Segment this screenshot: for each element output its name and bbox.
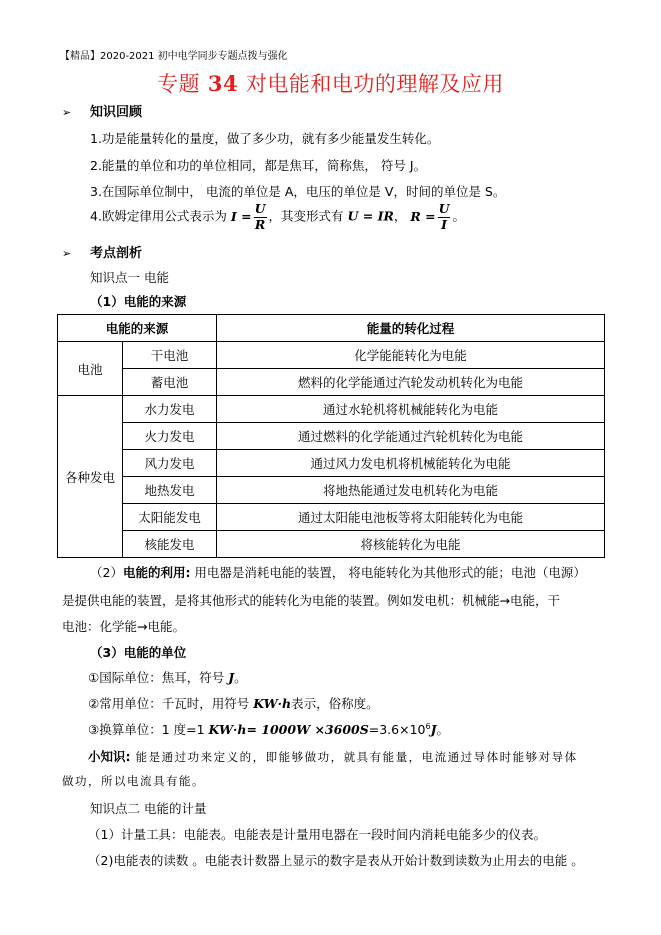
review-item-1: 1.功是能量转化的量度，做了多少功，就有多少能量发生转化。 [90, 129, 439, 147]
arrow-bullet-icon: ➢ [62, 106, 90, 119]
section-heading-review: ➢知识回顾 [62, 101, 142, 120]
review-item-3: 3.在国际单位制中， 电流的单位是 A，电压的单位是 V，时间的单位是 S。 [90, 182, 505, 200]
source-cell: 核能发电 [123, 531, 217, 558]
process-cell: 通过燃料的化学能通过汽轮机转化为电能 [217, 423, 605, 450]
source-cell: 水力发电 [123, 396, 217, 423]
energy-use-line-3: 电池：化学能→电能。 [62, 617, 185, 635]
unit-common: ②常用单位：千瓦时，用符号 KW·h表示，俗称度。 [88, 694, 379, 712]
energy-source-table: 电能的来源 能量的转化过程 电池 干电池 化学能能转化为电能 蓄电池 燃料的化学… [57, 314, 605, 558]
process-cell: 化学能能转化为电能 [217, 342, 605, 369]
header-note: 【精品】2020-2021 初中电学同步专题点拨与强化 [60, 47, 288, 62]
review-item-2: 2.能量的单位和功的单位相同，都是焦耳，简称焦， 符号 J。 [90, 156, 426, 174]
table-row: 电池 干电池 化学能能转化为电能 [58, 342, 605, 369]
table-header: 电能的来源 [58, 315, 217, 342]
energy-use-line-1: （2）电能的利用: 用电器是消耗电能的装置， 将电能转化为其他形式的能；电池（电… [90, 563, 586, 581]
table-row: 太阳能发电 通过太阳能电池板等将太阳能转化为电能 [58, 504, 605, 531]
formula-r: R =UI [410, 209, 452, 224]
source-cell: 地热发电 [123, 477, 217, 504]
source-cell: 蓄电池 [123, 369, 217, 396]
table-row: 蓄电池 燃料的化学能通过汽轮发动机转化为电能 [58, 369, 605, 396]
knowledge-point-1: 知识点一 电能 [90, 268, 169, 286]
tip-line-1: 小知识: 能是通过功来定义的，即能够做功，就具有能量，电流通过导体时能够对导体 [88, 746, 578, 765]
group-cell: 电池 [58, 342, 123, 396]
process-cell: 通过风力发电机将机械能转化为电能 [217, 450, 605, 477]
energy-use-line-2: 是提供电能的装置，是将其他形式的能转化为电能的装置。例如发电机：机械能→电能，干 [62, 591, 560, 609]
tip-label: 小知识: [88, 749, 131, 764]
process-cell: 燃料的化学能通过汽轮发动机转化为电能 [217, 369, 605, 396]
process-cell: 将核能转化为电能 [217, 531, 605, 558]
process-cell: 将地热能通过发电机转化为电能 [217, 477, 605, 504]
source-cell: 太阳能发电 [123, 504, 217, 531]
table-header: 能量的转化过程 [217, 315, 605, 342]
unit-si: ①国际单位：焦耳，符号 J。 [88, 668, 247, 686]
table-row: 火力发电 通过燃料的化学能通过汽轮机转化为电能 [58, 423, 605, 450]
source-cell: 火力发电 [123, 423, 217, 450]
source-cell: 干电池 [123, 342, 217, 369]
tip-line-2: 做功，所以电流具有能。 [62, 773, 205, 789]
meter-reading: （2)电能表的读数 。电能表计数器上显示的数字是表从开始计数到读数为止用去的电能… [88, 851, 584, 869]
meter-tool: （1）计量工具：电能表。电能表是计量用电器在一段时间内消耗电能多少的仪表。 [88, 825, 546, 843]
page-title: 专题 34 对电能和电功的理解及应用 [0, 68, 661, 98]
table-row: 各种发电 水力发电 通过水轮机将机械能转化为电能 [58, 396, 605, 423]
arrow-bullet-icon: ➢ [62, 247, 90, 260]
knowledge-point-2: 知识点二 电能的计量 [90, 799, 206, 817]
table-row: 风力发电 通过风力发电机将机械能转化为电能 [58, 450, 605, 477]
source-cell: 风力发电 [123, 450, 217, 477]
title-prefix: 专题 [157, 72, 200, 96]
section-heading-analysis: ➢考点剖析 [62, 242, 142, 261]
title-number: 34 [200, 71, 246, 96]
table-row: 地热发电 将地热能通过发电机转化为电能 [58, 477, 605, 504]
table-row: 核能发电 将核能转化为电能 [58, 531, 605, 558]
subheading-energy-units: （3）电能的单位 [90, 643, 186, 661]
formula-u: U = IR [348, 209, 394, 224]
process-cell: 通过水轮机将机械能转化为电能 [217, 396, 605, 423]
unit-conversion: ③换算单位：1 度=1 KW·h= 1000W ×3600S=3.6×106J。 [88, 720, 449, 738]
title-text: 对电能和电功的理解及应用 [246, 72, 504, 96]
review-item-4: 4.欧姆定律用公式表示为 I =UR，其变形式有 U = IR， R =UI。 [90, 203, 465, 231]
subheading-energy-sources: （1）电能的来源 [90, 292, 186, 310]
table-header-row: 电能的来源 能量的转化过程 [58, 315, 605, 342]
formula-i: I =UR [231, 209, 269, 224]
process-cell: 通过太阳能电池板等将太阳能转化为电能 [217, 504, 605, 531]
group-cell: 各种发电 [58, 396, 123, 558]
